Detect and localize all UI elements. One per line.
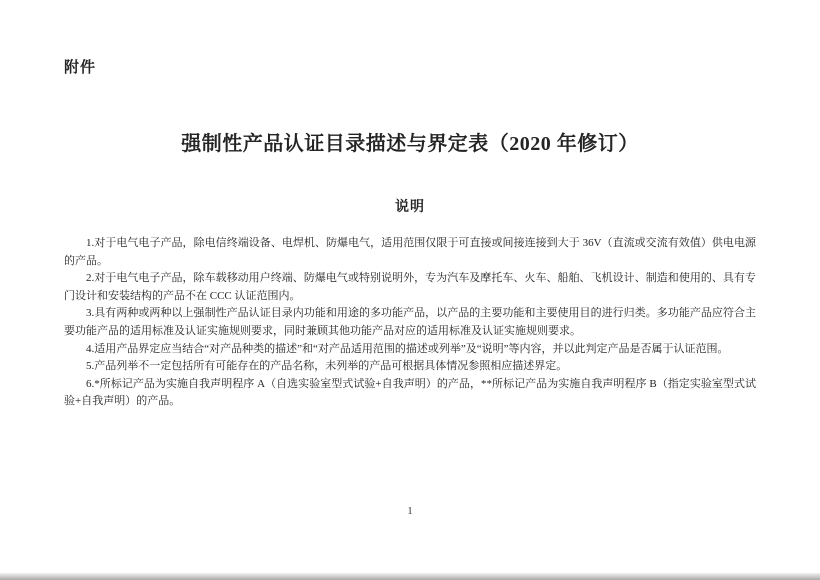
document-page: 附件 强制性产品认证目录描述与界定表（2020 年修订） 说明 1.对于电气电子…: [0, 0, 820, 580]
page-number: 1: [0, 505, 820, 517]
document-title: 强制性产品认证目录描述与界定表（2020 年修订）: [64, 127, 756, 156]
page-bottom-edge: [0, 573, 820, 580]
paragraph-6: 6.*所标记产品为实施自我声明程序 A（自选实验室型式试验+自我声明）的产品，*…: [64, 376, 756, 411]
attachment-label: 附件: [64, 56, 756, 77]
document-subtitle: 说明: [64, 196, 756, 216]
paragraph-3: 3.具有两种或两种以上强制性产品认证目录内功能和用途的多功能产品，以产品的主要功…: [64, 305, 756, 340]
body-text: 1.对于电气电子产品，除电信终端设备、电焊机、防爆电气，适用范围仅限于可直接或间…: [64, 235, 756, 411]
paragraph-2: 2.对于电气电子产品，除车载移动用户终端、防爆电气或特别说明外，专为汽车及摩托车…: [64, 270, 756, 305]
paragraph-5: 5.产品列举不一定包括所有可能存在的产品名称，未列举的产品可根据具体情况参照相应…: [64, 358, 756, 376]
document-content: 附件 强制性产品认证目录描述与界定表（2020 年修订） 说明 1.对于电气电子…: [64, 0, 756, 411]
paragraph-1: 1.对于电气电子产品，除电信终端设备、电焊机、防爆电气，适用范围仅限于可直接或间…: [64, 235, 756, 270]
paragraph-4: 4.适用产品界定应当结合“对产品种类的描述”和“对产品适用范围的描述或列举”及“…: [64, 341, 756, 359]
